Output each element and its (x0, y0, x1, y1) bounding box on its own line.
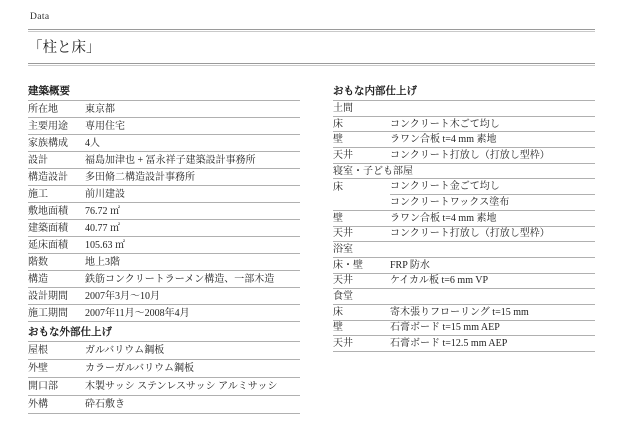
row-value: ガルバリウム鋼板 (85, 342, 300, 359)
row-value: 2007年3月～10月 (85, 288, 300, 304)
row-value: コンクリート打放し（打放し型枠） (390, 227, 595, 242)
right-column: おもな内部仕上げ 土間 床コンクリート木ごて均し 壁ラワン合板 t=4 mm 素… (333, 86, 595, 414)
row-value: 105.63 ㎡ (85, 237, 300, 253)
row-value: 40.77 ㎡ (85, 220, 300, 236)
row-label: 床 (333, 179, 390, 195)
row-value: 多田脩二構造設計事務所 (85, 169, 300, 185)
interior-finish-table: 土間 床コンクリート木ごて均し 壁ラワン合板 t=4 mm 素地 天井コンクリー… (333, 101, 595, 352)
row-value: FRP 防水 (390, 258, 595, 273)
table-row: 階数地上3階 (28, 254, 300, 271)
row-value: 鉄筋コンクリートラーメン構造、一部木造 (85, 271, 300, 287)
row-value: 4人 (85, 135, 300, 151)
row-value: 地上3階 (85, 254, 300, 270)
table-row: 家族構成4人 (28, 135, 300, 152)
row-label: 天井 (333, 274, 390, 289)
row-value: コンクリートワックス塗布 (390, 195, 595, 210)
row-label: 外壁 (28, 360, 85, 377)
table-row: 外壁カラーガルバリウム鋼板 (28, 360, 300, 378)
table-row: 床・壁FRP 防水 (333, 258, 595, 274)
row-label: 床 (333, 305, 390, 320)
section-row-label: 寝室・子ども部屋 (333, 164, 413, 179)
row-label: 床・壁 (333, 258, 390, 273)
table-section-row: 寝室・子ども部屋 (333, 164, 595, 180)
row-value: 福島加津也 + 冨永祥子建築設計事務所 (85, 152, 300, 168)
exterior-heading: おもな外部仕上げ (28, 327, 300, 342)
table-row: 設計期間2007年3月～10月 (28, 288, 300, 305)
row-label: 施工期間 (28, 305, 85, 321)
row-value: 木製サッシ ステンレスサッシ アルミサッシ (85, 378, 300, 395)
row-label: 壁 (333, 211, 390, 226)
row-label: 天井 (333, 336, 390, 351)
row-value: 前川建設 (85, 186, 300, 202)
header-rule (28, 29, 595, 32)
row-value: 寄木張りフローリング t=15 mm (390, 305, 595, 320)
table-row: 施工期間2007年11月～2008年4月 (28, 305, 300, 322)
table-row: 延床面積105.63 ㎡ (28, 237, 300, 254)
row-label: 敷地面積 (28, 203, 85, 219)
table-row: 床寄木張りフローリング t=15 mm (333, 305, 595, 321)
row-value: ケイカル板 t=6 mm VP (390, 274, 595, 289)
row-label: 建築面積 (28, 220, 85, 236)
row-value: 76.72 ㎡ (85, 203, 300, 219)
row-value: 石膏ボード t=12.5 mm AEP (390, 336, 595, 351)
row-value: コンクリート木ごて均し (390, 117, 595, 132)
table-row: 屋根ガルバリウム鋼板 (28, 342, 300, 360)
table-row: 外構砕石敷き (28, 396, 300, 414)
table-row: 開口部木製サッシ ステンレスサッシ アルミサッシ (28, 378, 300, 396)
row-label: 施工 (28, 186, 85, 202)
row-label: 壁 (333, 321, 390, 336)
row-label: 階数 (28, 254, 85, 270)
row-label: 延床面積 (28, 237, 85, 253)
row-label: 構造設計 (28, 169, 85, 185)
title-rule (28, 63, 595, 66)
table-row: 敷地面積76.72 ㎡ (28, 203, 300, 220)
row-label: 壁 (333, 132, 390, 147)
table-row: 所在地東京都 (28, 101, 300, 118)
row-label: 構造 (28, 271, 85, 287)
table-continuation-row: コンクリートワックス塗布 (333, 195, 595, 211)
table-row: 主要用途専用住宅 (28, 118, 300, 135)
table-row: 構造設計多田脩二構造設計事務所 (28, 169, 300, 186)
row-value: 専用住宅 (85, 118, 300, 134)
table-row: 天井コンクリート打放し（打放し型枠） (333, 148, 595, 164)
row-label: 屋根 (28, 342, 85, 359)
overview-heading: 建築概要 (28, 86, 300, 101)
row-value: ラワン合板 t=4 mm 素地 (390, 211, 595, 226)
row-value: 砕石敷き (85, 396, 300, 413)
table-section-row: 浴室 (333, 242, 595, 258)
row-label: 所在地 (28, 101, 85, 117)
row-label: 天井 (333, 227, 390, 242)
table-section-row: 土間 (333, 101, 595, 117)
table-row: 建築面積40.77 ㎡ (28, 220, 300, 237)
table-row: 天井コンクリート打放し（打放し型枠） (333, 227, 595, 243)
row-label: 設計 (28, 152, 85, 168)
content-columns: 建築概要 所在地東京都 主要用途専用住宅 家族構成4人 設計福島加津也 + 冨永… (28, 86, 595, 414)
section-row-label: 浴室 (333, 242, 353, 257)
row-label: 開口部 (28, 378, 85, 395)
row-value: コンクリート金ごて均し (390, 179, 595, 195)
table-row: 床コンクリート木ごて均し (333, 117, 595, 133)
table-row: 壁ラワン合板 t=4 mm 素地 (333, 211, 595, 227)
row-value: 2007年11月～2008年4月 (85, 305, 300, 321)
exterior-finish-table: 屋根ガルバリウム鋼板 外壁カラーガルバリウム鋼板 開口部木製サッシ ステンレスサ… (28, 342, 300, 414)
row-label: 主要用途 (28, 118, 85, 134)
data-page: Data 「柱と床」 建築概要 所在地東京都 主要用途専用住宅 家族構成4人 設… (0, 0, 627, 414)
row-label (333, 195, 390, 210)
row-value: 東京都 (85, 101, 300, 117)
row-value: カラーガルバリウム鋼板 (85, 360, 300, 377)
row-label: 設計期間 (28, 288, 85, 304)
row-value: ラワン合板 t=4 mm 素地 (390, 132, 595, 147)
table-row: 床コンクリート金ごて均し (333, 179, 595, 195)
row-value: コンクリート打放し（打放し型枠） (390, 148, 595, 163)
building-overview-table: 所在地東京都 主要用途専用住宅 家族構成4人 設計福島加津也 + 冨永祥子建築設… (28, 101, 300, 322)
page-kicker: Data (30, 12, 595, 22)
table-row: 構造鉄筋コンクリートラーメン構造、一部木造 (28, 271, 300, 288)
table-row: 天井ケイカル板 t=6 mm VP (333, 274, 595, 290)
row-label: 家族構成 (28, 135, 85, 151)
row-label: 天井 (333, 148, 390, 163)
left-column: 建築概要 所在地東京都 主要用途専用住宅 家族構成4人 設計福島加津也 + 冨永… (28, 86, 300, 414)
interior-heading: おもな内部仕上げ (333, 86, 595, 101)
section-row-label: 土間 (333, 101, 353, 116)
row-label: 床 (333, 117, 390, 132)
table-row: 壁ラワン合板 t=4 mm 素地 (333, 132, 595, 148)
section-row-label: 食堂 (333, 289, 353, 304)
row-label: 外構 (28, 396, 85, 413)
page-title: 「柱と床」 (28, 41, 595, 56)
table-row: 壁石膏ボード t=15 mm AEP (333, 321, 595, 337)
table-section-row: 食堂 (333, 289, 595, 305)
table-row: 天井石膏ボード t=12.5 mm AEP (333, 336, 595, 352)
table-row: 設計福島加津也 + 冨永祥子建築設計事務所 (28, 152, 300, 169)
row-value: 石膏ボード t=15 mm AEP (390, 321, 595, 336)
table-row: 施工前川建設 (28, 186, 300, 203)
